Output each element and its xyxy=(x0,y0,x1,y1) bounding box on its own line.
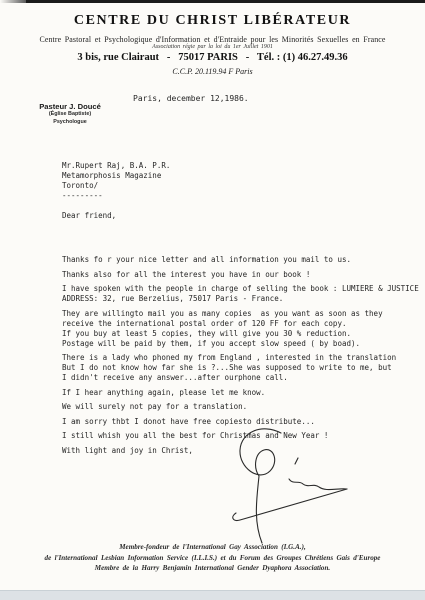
date-line: Paris, december 12,1986. xyxy=(133,94,249,103)
scanned-letter-page: CENTRE DU CHRIST LIBÉRATEUR Centre Pasto… xyxy=(0,0,425,600)
letterhead-subtitle: Centre Pastoral et Psychologique d'Infor… xyxy=(0,35,425,44)
sender-block: Pasteur J. Doucé (Église Baptiste) Psych… xyxy=(14,102,126,126)
body-paragraph: I still whish you all the best for Chris… xyxy=(62,431,424,441)
footer-memberships: Membre-fondeur de l'International Gay As… xyxy=(0,542,425,574)
body-paragraph: Thanks also for all the interest you hav… xyxy=(62,270,424,280)
scan-edge-bottom xyxy=(0,590,425,600)
body-paragraph: Thanks fo r your nice letter and all inf… xyxy=(62,255,424,265)
body-paragraph: If I hear anything again, please let me … xyxy=(62,388,424,398)
sender-role: Psychologue xyxy=(14,119,126,127)
footer-line: Membre de la Harry Benjamin Internationa… xyxy=(0,563,425,574)
letter-body: Dear friend, Thanks fo r your nice lette… xyxy=(62,211,424,460)
body-paragraph: I have spoken with the people in charge … xyxy=(62,284,424,304)
letterhead-association-line: Association régie par la loi du 1er Juil… xyxy=(0,44,425,50)
sender-name: Pasteur J. Doucé xyxy=(14,102,126,111)
recipient-block: Mr.Rupert Raj, B.A. P.R. Metamorphosis M… xyxy=(62,161,170,201)
sender-church: (Église Baptiste) xyxy=(14,111,126,119)
body-paragraph: I am sorry thbt I donot have free copies… xyxy=(62,417,424,427)
body-paragraph: We will surely not pay for a translation… xyxy=(62,402,424,412)
letterhead-address-line: 3 bis, rue Clairaut - 75017 PARIS - Tél.… xyxy=(0,52,425,63)
footer-line: Membre-fondeur de l'International Gay As… xyxy=(0,542,425,553)
salutation: Dear friend, xyxy=(62,211,424,221)
body-paragraph: They are willingto mail you as many copi… xyxy=(62,309,424,349)
footer-line: de l'International Lesbian Information S… xyxy=(0,553,425,564)
letterhead-ccp-line: C.C.P. 20.119.94 F Paris xyxy=(0,67,425,76)
letterhead-title: CENTRE DU CHRIST LIBÉRATEUR xyxy=(0,13,425,29)
body-paragraph: With light and joy in Christ, xyxy=(62,446,424,456)
scan-edge-top-fade xyxy=(0,0,26,3)
body-paragraph: There is a lady who phoned my from Engla… xyxy=(62,353,424,383)
scan-edge-top xyxy=(26,0,425,3)
